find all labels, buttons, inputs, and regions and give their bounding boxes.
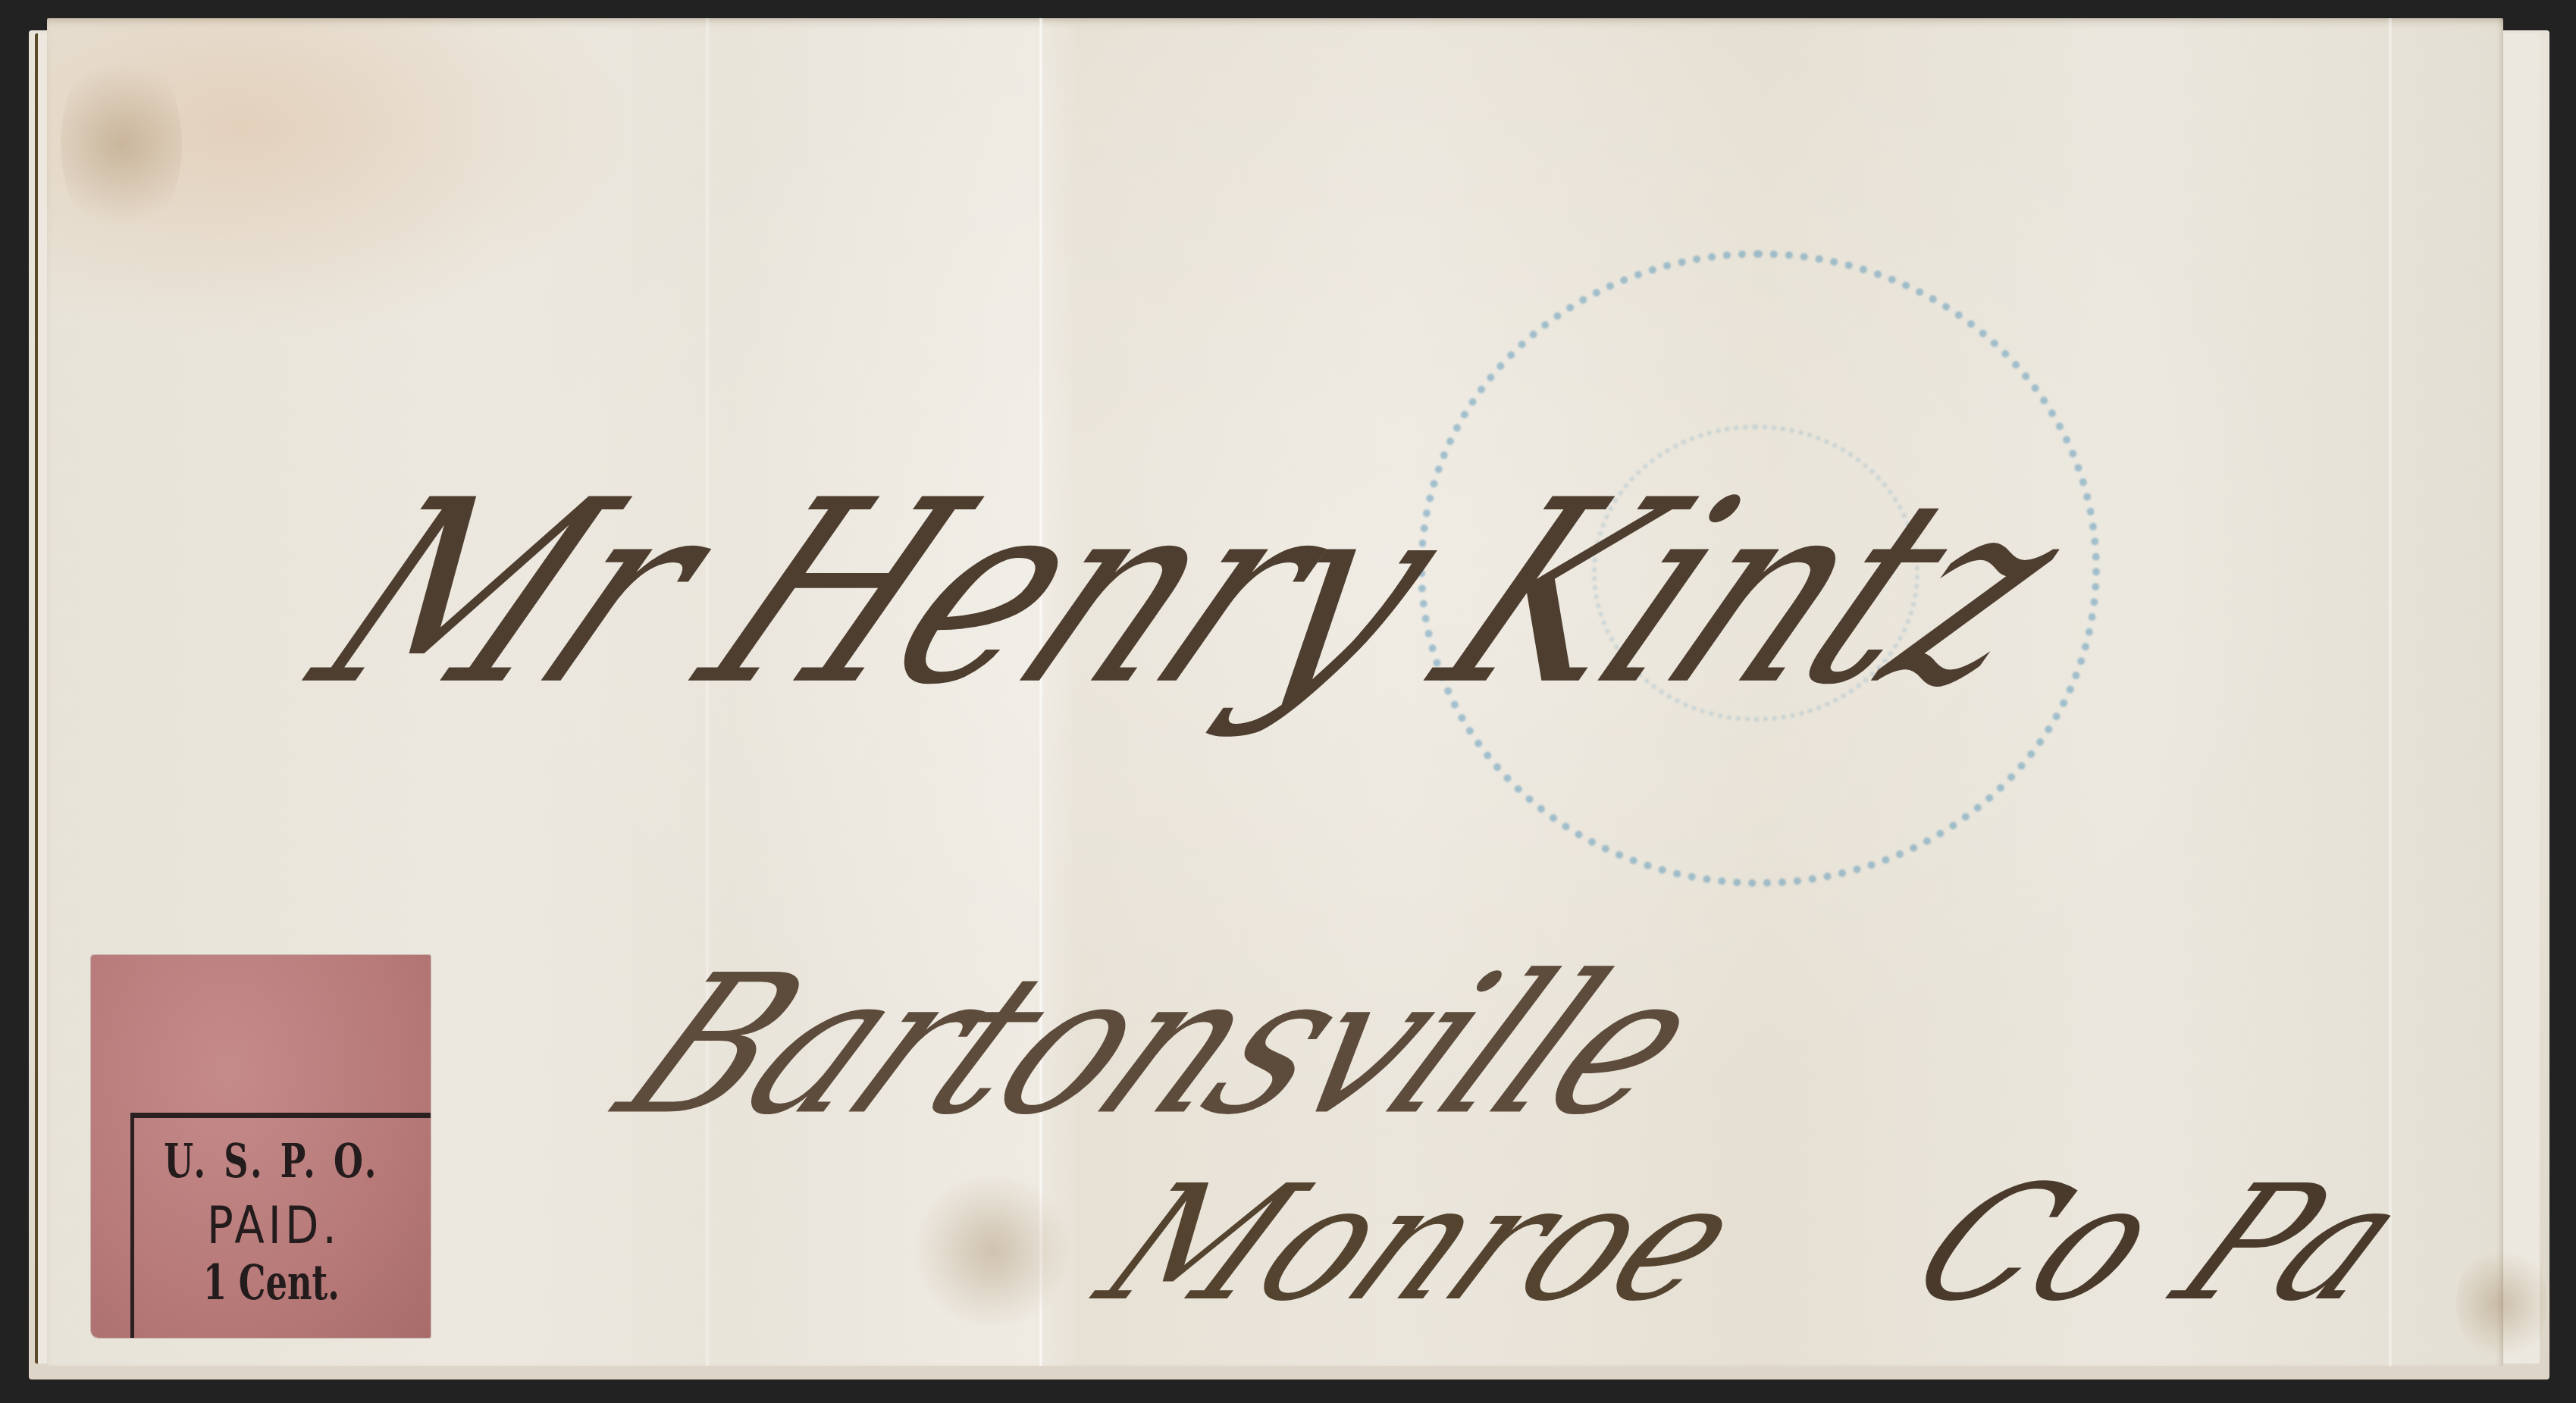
stamp-text-paid: PAID. (117, 1196, 406, 1256)
foxing-stain (910, 1175, 1076, 1326)
address-town: Bartonsville (584, 935, 1737, 1157)
postage-stamp: U. S. P. O. PAID. 1 Cent. (91, 955, 431, 1338)
stamp-text-denomination: 1 Cent. (142, 1254, 380, 1311)
photo-scene: U. S. P. O. PAID. 1 Cent. Mr Henry Kintz… (0, 0, 2576, 1403)
stamp-text-uspo: U. S. P. O. (139, 1133, 384, 1188)
address-county: Monroe (1069, 1151, 1774, 1336)
foxing-stain (61, 45, 182, 243)
address-addressee: Mr Henry Kintz (273, 446, 2108, 741)
foxing-stain (2456, 1243, 2547, 1364)
